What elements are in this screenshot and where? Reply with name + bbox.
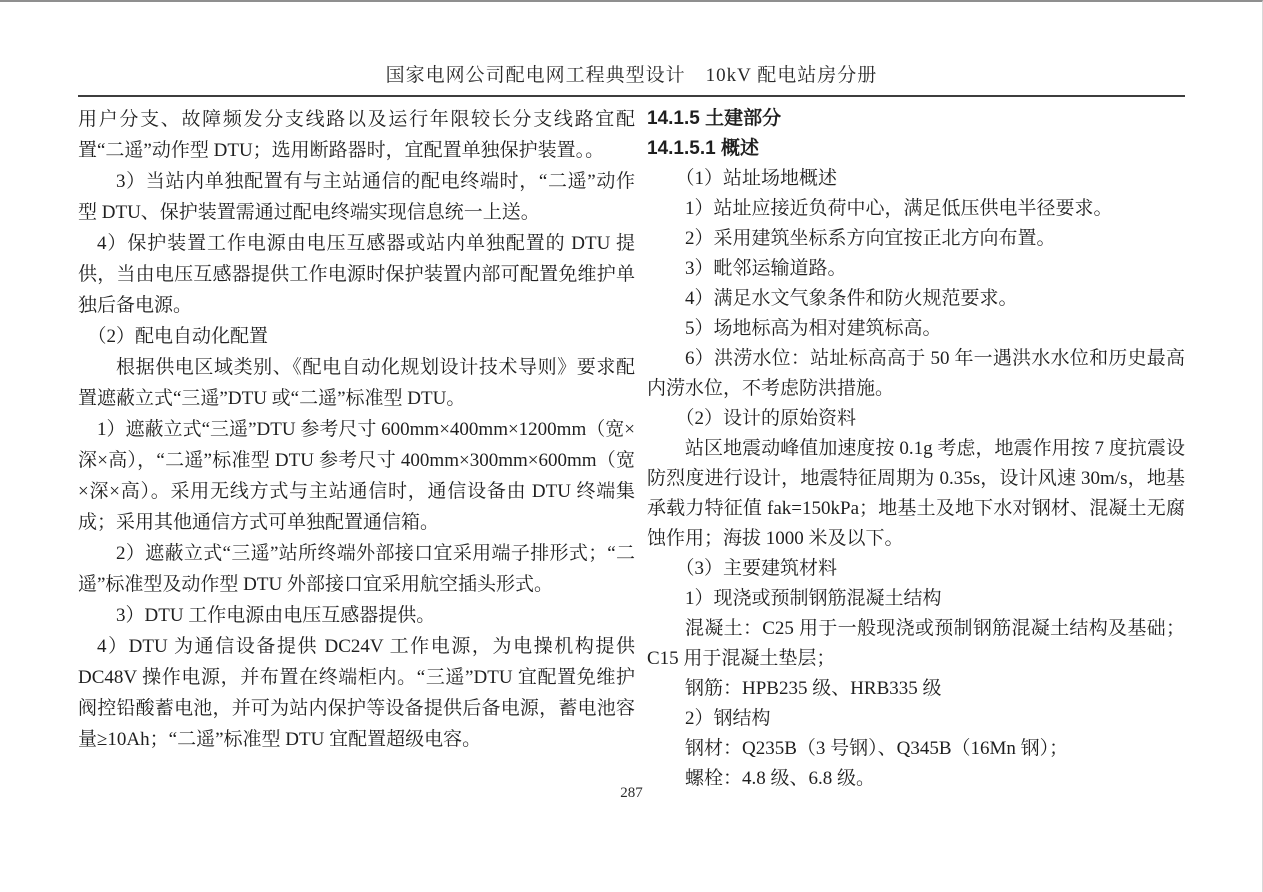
right-column: 14.1.5 土建部分 14.1.5.1 概述 （1）站址场地概述 1）站址应接… (647, 104, 1185, 794)
paragraph: （1）站址场地概述 (647, 164, 1185, 194)
page-number: 287 (78, 785, 1185, 802)
paragraph: 3）当站内单独配置有与主站通信的配电终端时，“二遥”动作型 DTU、保护装置需通… (78, 166, 635, 228)
paragraph: 3）DTU 工作电源由电压互感器提供。 (78, 600, 635, 631)
text-columns: 用户分支、故障频发分支线路以及运行年限较长分支线路宜配置“二遥”动作型 DTU；… (78, 104, 1185, 794)
paragraph: 4）DTU 为通信设备提供 DC24V 工作电源，为电操机构提供 DC48V 操… (78, 631, 635, 755)
document-page: 国家电网公司配电网工程典型设计 10kV 配电站房分册 用户分支、故障频发分支线… (0, 0, 1263, 892)
paragraph: （3）主要建筑材料 (647, 554, 1185, 584)
section-heading: 14.1.5 土建部分 (647, 104, 1185, 134)
paragraph: 2）钢结构 (647, 704, 1185, 734)
paragraph: 6）洪涝水位：站址标高高于 50 年一遇洪水水位和历史最高内涝水位，不考虑防洪措… (647, 344, 1185, 404)
paragraph: 5）场地标高为相对建筑标高。 (647, 314, 1185, 344)
paragraph: 根据供电区域类别、《配电自动化规划设计技术导则》要求配置遮蔽立式“三遥”DTU … (78, 352, 635, 414)
paragraph: 1）遮蔽立式“三遥”DTU 参考尺寸 600mm×400mm×1200mm（宽×… (78, 414, 635, 538)
paragraph: 1）现浇或预制钢筋混凝土结构 (647, 584, 1185, 614)
paragraph: 3）毗邻运输道路。 (647, 254, 1185, 284)
paragraph: 混凝土：C25 用于一般现浇或预制钢筋混凝土结构及基础；C15 用于混凝土垫层； (647, 614, 1185, 674)
subsection-heading: 14.1.5.1 概述 (647, 134, 1185, 164)
paragraph: 用户分支、故障频发分支线路以及运行年限较长分支线路宜配置“二遥”动作型 DTU；… (78, 104, 635, 166)
paragraph: （2）设计的原始资料 (647, 404, 1185, 434)
left-column: 用户分支、故障频发分支线路以及运行年限较长分支线路宜配置“二遥”动作型 DTU；… (78, 104, 635, 794)
header-rule-divider (78, 95, 1185, 97)
paragraph: 站区地震动峰值加速度按 0.1g 考虑，地震作用按 7 度抗震设防烈度进行设计，… (647, 434, 1185, 554)
paragraph: 2）遮蔽立式“三遥”站所终端外部接口宜采用端子排形式；“二遥”标准型及动作型 D… (78, 538, 635, 600)
paragraph: 钢材：Q235B（3 号钢）、Q345B（16Mn 钢）； (647, 734, 1185, 764)
paragraph: 4）满足水文气象条件和防火规范要求。 (647, 284, 1185, 314)
paragraph: （2）配电自动化配置 (78, 321, 635, 352)
paragraph: 钢筋：HPB235 级、HRB335 级 (647, 674, 1185, 704)
paragraph: 2）采用建筑坐标系方向宜按正北方向布置。 (647, 224, 1185, 254)
paragraph: 1）站址应接近负荷中心，满足低压供电半径要求。 (647, 194, 1185, 224)
paragraph: 4）保护装置工作电源由电压互感器或站内单独配置的 DTU 提供，当由电压互感器提… (78, 228, 635, 321)
document-header-title: 国家电网公司配电网工程典型设计 10kV 配电站房分册 (78, 60, 1185, 87)
